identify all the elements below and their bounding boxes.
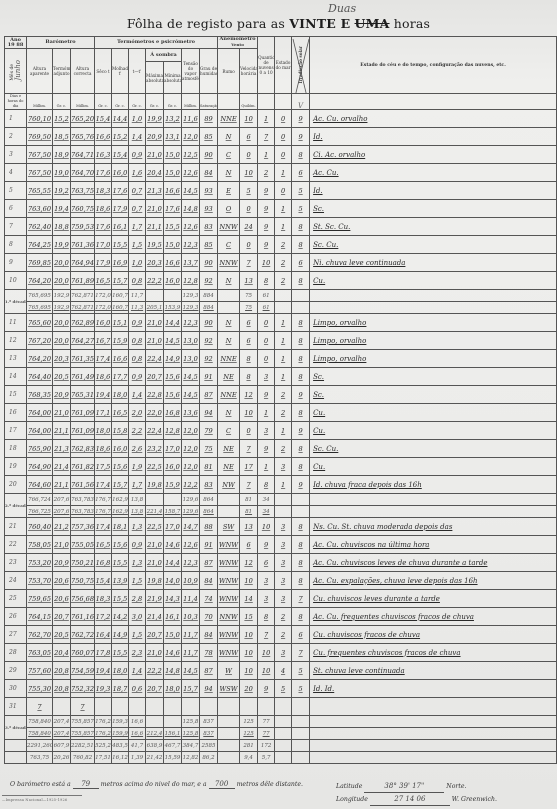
observation-cell: Sc. Cu. <box>310 440 557 458</box>
summary-cell <box>292 506 310 518</box>
cell-term-adj: 20,8 <box>53 662 71 680</box>
cell-max: 21,0 <box>146 554 164 572</box>
cell-diff: 0,8 <box>129 272 146 290</box>
summary-cell: 763,783 <box>71 494 95 506</box>
total-cell: 12,82 <box>182 752 200 764</box>
cell-col-extra: 6 <box>292 254 310 272</box>
cell-rumo <box>218 698 240 716</box>
longitude-value: 27 14 06 <box>370 793 450 806</box>
cell-alt-ap: 763,05 <box>27 644 53 662</box>
cell-alt-corr: 764,27 <box>71 332 95 350</box>
cell-nuvens: 9 <box>258 236 275 254</box>
cell-alt-corr: 762,83 <box>71 440 95 458</box>
cell-vapor: 10,3 <box>182 608 200 626</box>
cell-alt-corr: 752,32 <box>71 680 95 698</box>
observation-cell: Ac. Cu. orvalho <box>310 110 557 128</box>
total-cell: 172 <box>258 740 275 752</box>
summary-cell <box>292 302 310 314</box>
cell-vel: 6 <box>240 314 258 332</box>
cell-rumo: NE <box>218 440 240 458</box>
observation-cell: Ns. Cu. St. chuva moderada depois das <box>310 518 557 536</box>
cell-vel: 7 <box>240 254 258 272</box>
cell-hum: 70 <box>200 608 218 626</box>
cell-rumo: NE <box>218 458 240 476</box>
day-cell: 3 <box>5 146 27 164</box>
cell-alt-ap: 762,70 <box>27 626 53 644</box>
observation-cell: Ac. Cu. chuviscos leves de chuva durante… <box>310 554 557 572</box>
cell-alt-ap: 764,20 <box>27 272 53 290</box>
cell-seco: 15,4 <box>95 572 112 590</box>
cell-vapor: 14,5 <box>182 662 200 680</box>
cell-term-adj: 20,5 <box>53 368 71 386</box>
cell-vapor: 12,2 <box>182 476 200 494</box>
cell-vel: 0 <box>240 236 258 254</box>
cell-vapor: 12,6 <box>182 164 200 182</box>
cell-mar: 1 <box>275 368 292 386</box>
cell-molhado: 16,1 <box>112 218 129 236</box>
observation-cell: Cu. <box>310 422 557 440</box>
cell-alt-ap: 767,50 <box>27 146 53 164</box>
day-cell: 9 <box>5 254 27 272</box>
cell-min: 14,4 <box>164 314 182 332</box>
cell-col-extra: 9 <box>292 110 310 128</box>
cell-col-extra: 5 <box>292 662 310 680</box>
cell-hum: 79 <box>200 422 218 440</box>
observation-cell: Id. <box>310 128 557 146</box>
title-correction: Duas <box>328 2 356 15</box>
cell-vel: 8 <box>240 350 258 368</box>
cell-min: 17,0 <box>164 518 182 536</box>
observation-cell: Cu. chuviscos leves durante a tarde <box>310 590 557 608</box>
observation-cell: Id. <box>310 182 557 200</box>
cell-col-extra: 8 <box>292 608 310 626</box>
cell-term-adj: 18,8 <box>53 218 71 236</box>
cell-rumo: WNW <box>218 572 240 590</box>
cell-max: 19,8 <box>146 476 164 494</box>
summary-cell: 765,695 <box>27 290 53 302</box>
cell-alt-ap: 753,70 <box>27 572 53 590</box>
cell-vapor: 10,9 <box>182 572 200 590</box>
cell-mar: 2 <box>275 440 292 458</box>
cell-vel: 10 <box>240 404 258 422</box>
cell-col-extra <box>292 698 310 716</box>
observation-cell: Limpo, orvalho <box>310 350 557 368</box>
total-label-cell <box>5 752 27 764</box>
cell-alt-ap: 769,50 <box>27 128 53 146</box>
cell-mar: 0 <box>275 110 292 128</box>
summary-cell <box>218 494 240 506</box>
cell-term-adj: 21,3 <box>53 440 71 458</box>
cell-rumo: NNE <box>218 110 240 128</box>
cell-nuvens: 6 <box>258 554 275 572</box>
cell-term-adj: 20,0 <box>53 254 71 272</box>
cell-min: 16,8 <box>164 404 182 422</box>
cell-seco: 16,0 <box>95 314 112 332</box>
cell-vel: 7 <box>240 440 258 458</box>
observation-cell: Id. chuva fraca depois das 16h <box>310 476 557 494</box>
cell-max: 19,8 <box>146 572 164 590</box>
cell-term-adj: 21,0 <box>53 536 71 554</box>
cell-max: 20,7 <box>146 368 164 386</box>
cell-min: 15,0 <box>164 236 182 254</box>
summary-cell: 13,8 <box>129 494 146 506</box>
table-row: 23753,2020,9750,2116,815,51,321,014,412,… <box>5 554 557 572</box>
cell-vapor: 12,6 <box>182 536 200 554</box>
alt-correcta-header: Altura correcta <box>71 49 95 94</box>
cell-nuvens: 8 <box>258 608 275 626</box>
cell-min: 17,0 <box>164 440 182 458</box>
cell-hum <box>200 698 218 716</box>
cell-nuvens: 7 <box>258 626 275 644</box>
total-cell: 760,82 <box>71 752 95 764</box>
cell-vapor: 13,6 <box>182 404 200 422</box>
total-cell: 2291,260 <box>27 740 53 752</box>
seco-header: Sêco t <box>95 49 112 94</box>
summary-cell: 207,4 <box>53 716 71 728</box>
cell-term-adj: 21,0 <box>53 404 71 422</box>
cell-diff: 1,0 <box>129 254 146 272</box>
cell-rumo: SW <box>218 518 240 536</box>
observation-cell: Ci. Ac. orvalho <box>310 146 557 164</box>
day-cell: 15 <box>5 386 27 404</box>
summary-cell: 758,840 <box>27 728 53 740</box>
cell-alt-ap: 767,20 <box>27 332 53 350</box>
summary-cell <box>310 716 557 728</box>
cell-vapor: 11,4 <box>182 590 200 608</box>
cell-molhado: 15,6 <box>112 536 129 554</box>
day-cell: 11 <box>5 314 27 332</box>
cell-rumo: NNW <box>218 608 240 626</box>
cell-col-extra: 7 <box>292 590 310 608</box>
cell-vapor: 15,7 <box>182 680 200 698</box>
table-row: 15768,3520,9765,3119,418,01,422,815,614,… <box>5 386 557 404</box>
summary-cell: 34 <box>258 494 275 506</box>
cell-min: 14,6 <box>164 536 182 554</box>
unit-label: Millim. <box>182 94 200 110</box>
day-cell: 7 <box>5 218 27 236</box>
cell-col-extra: 8 <box>292 404 310 422</box>
cell-diff: 0,8 <box>129 332 146 350</box>
cell-nuvens: 1 <box>258 458 275 476</box>
cell-min: 15,5 <box>164 218 182 236</box>
cell-hum: 87 <box>200 662 218 680</box>
cell-mar: 1 <box>275 422 292 440</box>
cell-hum: 90 <box>200 146 218 164</box>
cell-nuvens: 9 <box>258 200 275 218</box>
summary-cell <box>218 302 240 314</box>
summary-cell: 156,1 <box>164 728 182 740</box>
summary-cell <box>218 290 240 302</box>
cell-vapor: 11,7 <box>182 644 200 662</box>
total-cell: 17,51 <box>95 752 112 764</box>
cell-max: 20,4 <box>146 164 164 182</box>
cell-mar: 2 <box>275 236 292 254</box>
cell-col-extra: 8 <box>292 314 310 332</box>
summary-cell <box>275 302 292 314</box>
total-cell: 638,9 <box>146 740 164 752</box>
cell-term-adj: 20,0 <box>53 272 71 290</box>
cell-nuvens: 1 <box>258 404 275 422</box>
cell-nuvens: 9 <box>258 680 275 698</box>
summary-cell <box>164 494 182 506</box>
table-row: 9769,8520,0764,9417,916,91,020,316,613,7… <box>5 254 557 272</box>
day-cell: 22 <box>5 536 27 554</box>
barometer-height: 79 <box>73 780 99 789</box>
summary-cell: 207,4 <box>53 728 71 740</box>
cell-alt-corr: 764,70 <box>71 164 95 182</box>
cell-seco: 18,0 <box>95 422 112 440</box>
cell-term-adj: 18,9 <box>53 146 71 164</box>
cell-max: 21,0 <box>146 644 164 662</box>
cell-alt-ap: 764,15 <box>27 608 53 626</box>
cell-diff: 1,4 <box>129 128 146 146</box>
unit-label: Millim. <box>71 94 95 110</box>
cell-col-extra: 9 <box>292 386 310 404</box>
cell-rumo: NNE <box>218 350 240 368</box>
cell-seco: 15,4 <box>95 110 112 128</box>
table-row: 16764,0021,0761,0917,116,52,022,016,813,… <box>5 404 557 422</box>
cell-term-adj: 20,7 <box>53 608 71 626</box>
summary-cell: 758,840 <box>27 716 53 728</box>
table-row: 6763,6019,4760,7518,617,90,721,017,614,8… <box>5 200 557 218</box>
summary-cell: 158,7 <box>164 506 182 518</box>
observation-cell: Limpo, orvalho <box>310 332 557 350</box>
day-cell: 19 <box>5 458 27 476</box>
cell-mar: 1 <box>275 350 292 368</box>
cell-molhado: 14,2 <box>112 608 129 626</box>
cell-hum: 94 <box>200 404 218 422</box>
cell-rumo: W <box>218 662 240 680</box>
cell-vel: 14 <box>240 590 258 608</box>
cell-max: 23,2 <box>146 440 164 458</box>
cell-col-extra: 9 <box>292 128 310 146</box>
cell-molhado: 15,6 <box>112 458 129 476</box>
cell-molhado: 15,7 <box>112 272 129 290</box>
day-cell: 21 <box>5 518 27 536</box>
cell-mar: 2 <box>275 608 292 626</box>
observation-cell: Id. Id. <box>310 680 557 698</box>
table-row: 3767,5018,9764,7116,315,40,921,015,012,5… <box>5 146 557 164</box>
thermometer-group-header: Termómetros e psicrómetro <box>95 37 218 49</box>
cell-seco: 18,3 <box>95 182 112 200</box>
summary-cell: 153,9 <box>164 302 182 314</box>
title-struck: UMA <box>355 16 390 31</box>
cell-diff: 1,0 <box>129 110 146 128</box>
cell-vapor: 12,6 <box>182 218 200 236</box>
observation-cell: Cu. <box>310 404 557 422</box>
cell-vapor: 14,5 <box>182 182 200 200</box>
cell-vapor: 12,3 <box>182 236 200 254</box>
cell-alt-corr: 761,36 <box>71 236 95 254</box>
day-cell: 25 <box>5 590 27 608</box>
day-cell: 29 <box>5 662 27 680</box>
cell-alt-ap: 767,50 <box>27 164 53 182</box>
summary-cell: 207,6 <box>53 494 71 506</box>
cell-molhado: 17,6 <box>112 182 129 200</box>
decade-label: 3.ª década <box>5 716 27 740</box>
cell-min: 14,8 <box>164 662 182 680</box>
unit-label: Gr. c. <box>95 94 112 110</box>
total-cell <box>310 740 557 752</box>
table-row: 2769,5018,5765,7616,615,21,420,913,112,0… <box>5 128 557 146</box>
cell-rumo: N <box>218 164 240 182</box>
cell-mar: 5 <box>275 680 292 698</box>
cell-col-extra: 8 <box>292 518 310 536</box>
cell-term-adj: 20,6 <box>53 590 71 608</box>
cell-rumo: C <box>218 236 240 254</box>
cell-rumo: WNW <box>218 626 240 644</box>
cell-mar: 2 <box>275 272 292 290</box>
total-cell: 483,5 <box>112 740 129 752</box>
cell-seco: 16,4 <box>95 626 112 644</box>
summary-cell: 207,6 <box>53 506 71 518</box>
observation-cell: Ni. chuva leve continuada <box>310 254 557 272</box>
cell-alt-ap: 757,60 <box>27 662 53 680</box>
cell-term-adj: 19,4 <box>53 200 71 218</box>
cell-rumo: O <box>218 200 240 218</box>
cell-term-adj <box>53 698 71 716</box>
summary-cell: 125,8 <box>182 716 200 728</box>
cell-alt-ap: 7 <box>27 698 53 716</box>
month-total-row: 763,7520,26760,8217,5116,121,3921,4215,5… <box>5 752 557 764</box>
cell-rumo: WNW <box>218 536 240 554</box>
cell-vapor: 14,5 <box>182 386 200 404</box>
coordinates: Latitude 38° 39' 17" Norte. Longitude 27… <box>336 780 497 806</box>
cell-nuvens: 10 <box>258 662 275 680</box>
cell-hum: 91 <box>200 368 218 386</box>
cell-hum: 92 <box>200 332 218 350</box>
table-row: 28763,0520,4760,0717,815,52,321,014,611,… <box>5 644 557 662</box>
cell-min: 15,6 <box>164 386 182 404</box>
observations-header: Estado do céu e do tempo, configuração d… <box>310 37 557 94</box>
day-cell: 14 <box>5 368 27 386</box>
cell-diff: 2,0 <box>129 404 146 422</box>
cell-rumo: N <box>218 404 240 422</box>
table-row: 17764,0021,1761,0918,015,82,222,412,812,… <box>5 422 557 440</box>
cell-mar: 2 <box>275 386 292 404</box>
cell-hum: 84 <box>200 626 218 644</box>
cell-molhado: 15,8 <box>112 422 129 440</box>
unit-label <box>258 94 275 110</box>
cell-rumo: C <box>218 146 240 164</box>
cell-hum: 83 <box>200 218 218 236</box>
cell-vapor: 14,5 <box>182 368 200 386</box>
cell-min: 16,0 <box>164 272 182 290</box>
cell-seco: 17,8 <box>95 644 112 662</box>
cell-diff: 0,9 <box>129 536 146 554</box>
cell-term-adj: 18,5 <box>53 128 71 146</box>
cell-mar: 3 <box>275 518 292 536</box>
cell-seco: 18,3 <box>95 590 112 608</box>
cell-hum: 94 <box>200 680 218 698</box>
cell-term-adj: 19,0 <box>53 164 71 182</box>
cell-min: 14,9 <box>164 350 182 368</box>
day-cell: 30 <box>5 680 27 698</box>
summary-cell: 766,724 <box>27 494 53 506</box>
summary-cell <box>218 506 240 518</box>
total-cell: 16,12 <box>112 752 129 764</box>
cell-nuvens <box>258 698 275 716</box>
cell-alt-corr: 764,71 <box>71 146 95 164</box>
cell-nuvens: 9 <box>258 536 275 554</box>
cell-vapor: 12,0 <box>182 440 200 458</box>
cell-col-extra: 9 <box>292 476 310 494</box>
cell-mar: 3 <box>275 458 292 476</box>
cell-term-adj: 21,2 <box>53 518 71 536</box>
summary-cell: 16,6 <box>129 716 146 728</box>
month-total-row: 2291,260607,92282,511525,2483,541,7638,9… <box>5 740 557 752</box>
barometer-distance: 700 <box>209 780 235 789</box>
cell-vapor: 12,8 <box>182 272 200 290</box>
cell-alt-corr: 7 <box>71 698 95 716</box>
cell-min: 18,0 <box>164 680 182 698</box>
imprint: —Imprensa Nacional—1925-1926 <box>2 798 67 802</box>
cell-hum: 92 <box>200 272 218 290</box>
table-row: 27762,7020,5762,7216,414,91,520,715,011,… <box>5 626 557 644</box>
cell-diff: 1,4 <box>129 662 146 680</box>
cell-term-adj: 20,9 <box>53 554 71 572</box>
cell-alt-corr: 761,56 <box>71 476 95 494</box>
day-cell: 8 <box>5 236 27 254</box>
cell-mar: 0 <box>275 182 292 200</box>
cell-col-extra: 8 <box>292 368 310 386</box>
cell-alt-corr: 750,75 <box>71 572 95 590</box>
min-header: Mínima absoluta <box>164 62 182 94</box>
humidity-header: Grau de humidade <box>200 49 218 94</box>
cell-diff: 1,5 <box>129 626 146 644</box>
unit-label <box>310 94 557 110</box>
cell-diff: 3,0 <box>129 608 146 626</box>
cell-max: 21,4 <box>146 608 164 626</box>
cell-molhado: 15,1 <box>112 314 129 332</box>
summary-cell: 176,2 <box>95 716 112 728</box>
total-cell: 384,7 <box>182 740 200 752</box>
observation-cell: Cu. <box>310 272 557 290</box>
cell-alt-ap: 760,10 <box>27 110 53 128</box>
cell-mar: 3 <box>275 590 292 608</box>
cell-seco: 16,8 <box>95 554 112 572</box>
cell-seco: 18,6 <box>95 440 112 458</box>
table-row: 22758,0521,0755,0516,515,60,921,014,612,… <box>5 536 557 554</box>
cell-col-extra: 5 <box>292 200 310 218</box>
cell-max: 21,0 <box>146 314 164 332</box>
table-row: 20764,6021,1761,5617,415,71,719,815,912,… <box>5 476 557 494</box>
cell-seco: 16,6 <box>95 128 112 146</box>
cell-diff: 0,8 <box>129 350 146 368</box>
observation-cell: Cu. frequentes chuviscos fracos de chuva <box>310 644 557 662</box>
cell-col-extra: 5 <box>292 680 310 698</box>
day-cell: 4 <box>5 164 27 182</box>
cell-vel: 7 <box>240 476 258 494</box>
cell-alt-corr: 765,20 <box>71 110 95 128</box>
cell-vel: 17 <box>240 458 258 476</box>
cell-seco: 17,1 <box>95 404 112 422</box>
cell-vel: 10 <box>240 626 258 644</box>
cell-vapor: 12,5 <box>182 146 200 164</box>
cell-nuvens: 3 <box>258 368 275 386</box>
cell-molhado: 16,9 <box>112 254 129 272</box>
day-cell: 13 <box>5 350 27 368</box>
cell-min: 13,2 <box>164 110 182 128</box>
summary-cell <box>310 302 557 314</box>
cell-min: 15,0 <box>164 626 182 644</box>
cell-vel: 10 <box>240 662 258 680</box>
cell-diff <box>129 698 146 716</box>
cell-alt-ap: 763,60 <box>27 200 53 218</box>
cell-rumo: NNW <box>218 254 240 272</box>
cell-min: 14,3 <box>164 590 182 608</box>
cell-mar: 1 <box>275 476 292 494</box>
